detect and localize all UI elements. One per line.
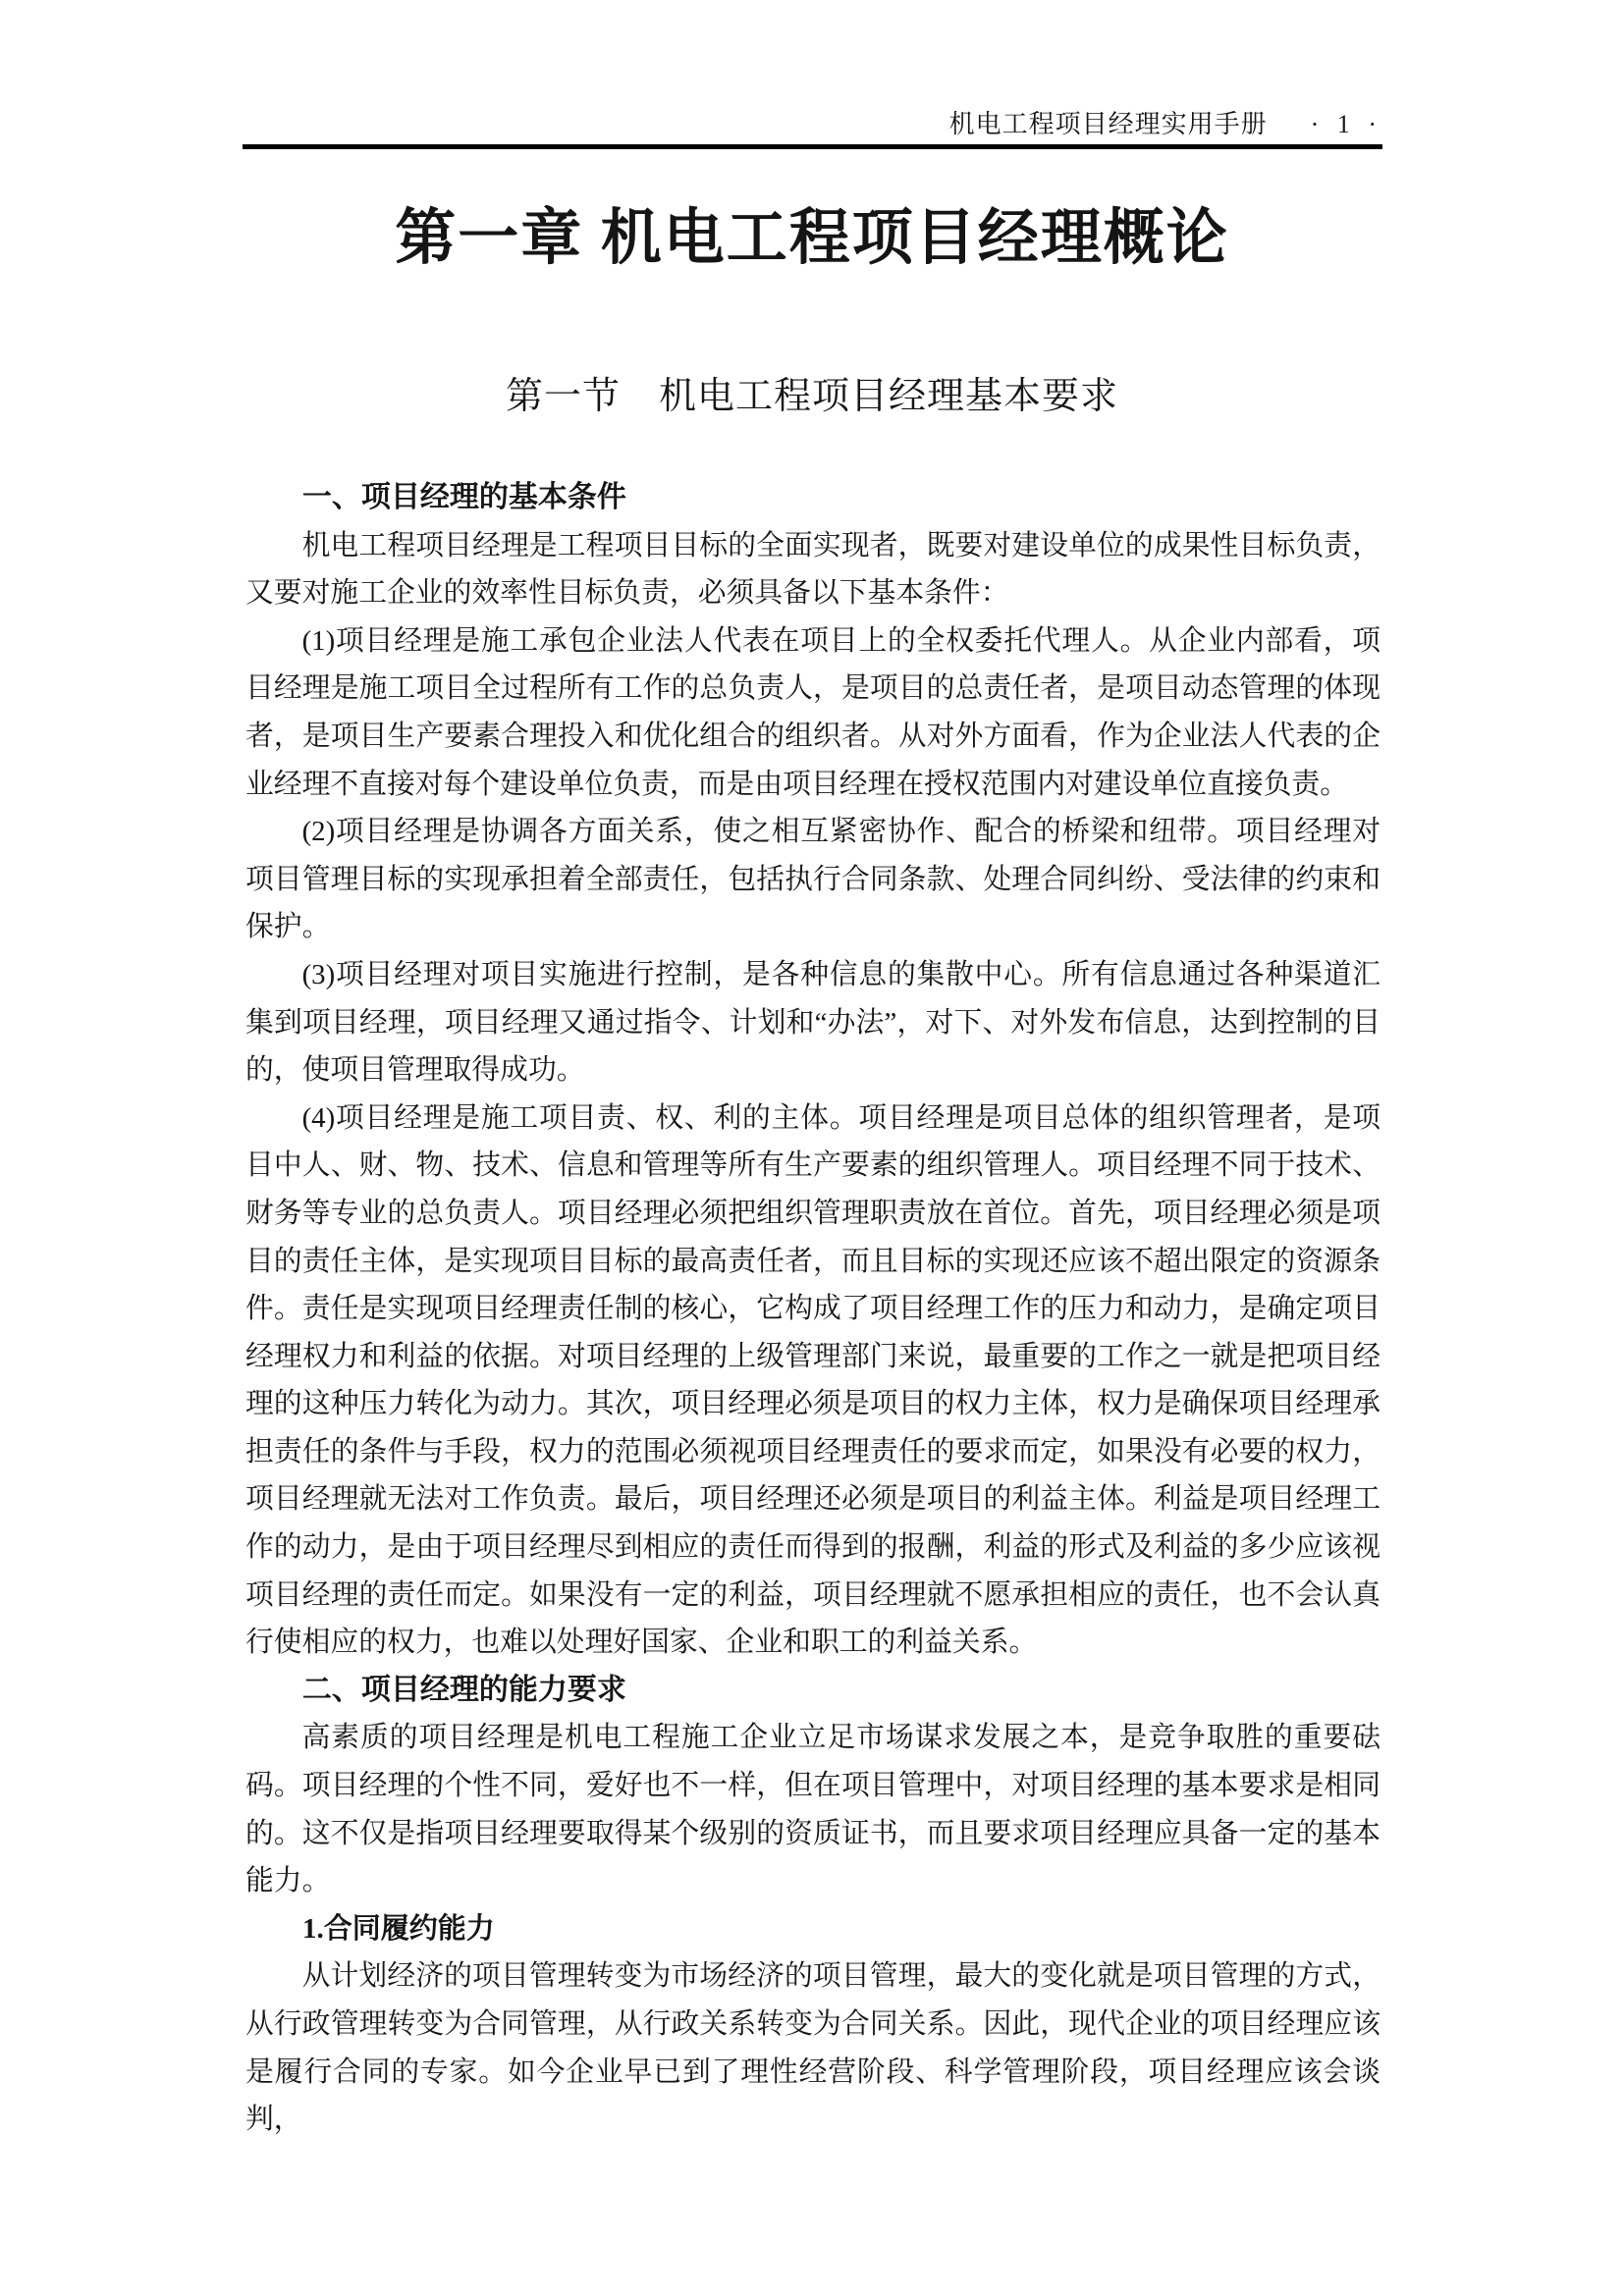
page-number: · 1 · [1311, 110, 1382, 139]
heading-basic-conditions: 一、项目经理的基本条件 [245, 474, 1380, 522]
document-page: 机电工程项目经理实用手册· 1 · 第一章 机电工程项目经理概论 第一节 机电工… [0, 0, 1624, 2296]
section-title: 第一节 机电工程项目经理基本要求 [0, 365, 1624, 419]
heading-ability-requirements: 二、项目经理的能力要求 [245, 1667, 1380, 1715]
paragraph-contract-performance: 从计划经济的项目管理转变为市场经济的项目管理，最大的变化就是项目管理的方式，从行… [245, 1952, 1380, 2143]
book-title: 机电工程项目经理实用手册 [949, 110, 1268, 138]
paragraph-item-4: (4)项目经理是施工项目责、权、利的主体。项目经理是项目总体的组织管理者，是项目… [245, 1095, 1380, 1667]
paragraph-item-2: (2)项目经理是协调各方面关系，使之相互紧密协作、配合的桥梁和纽带。项目经理对项… [245, 808, 1380, 951]
paragraph-ability-intro: 高素质的项目经理是机电工程施工企业立足市场谋求发展之本，是竞争取胜的重要砝码。项… [245, 1714, 1380, 1904]
header-rule [243, 144, 1382, 149]
chapter-title: 第一章 机电工程项目经理概论 [0, 188, 1624, 276]
paragraph-intro: 机电工程项目经理是工程项目目标的全面实现者，既要对建设单位的成果性目标负责，又要… [245, 522, 1380, 617]
body-text: 一、项目经理的基本条件 机电工程项目经理是工程项目目标的全面实现者，既要对建设单… [245, 474, 1380, 2144]
running-header: 机电工程项目经理实用手册· 1 · [243, 104, 1382, 140]
heading-contract-performance: 1.合同履约能力 [245, 1905, 1380, 1953]
paragraph-item-1: (1)项目经理是施工承包企业法人代表在项目上的全权委托代理人。从企业内部看，项目… [245, 617, 1380, 808]
paragraph-item-3: (3)项目经理对项目实施进行控制，是各种信息的集散中心。所有信息通过各种渠道汇集… [245, 951, 1380, 1095]
